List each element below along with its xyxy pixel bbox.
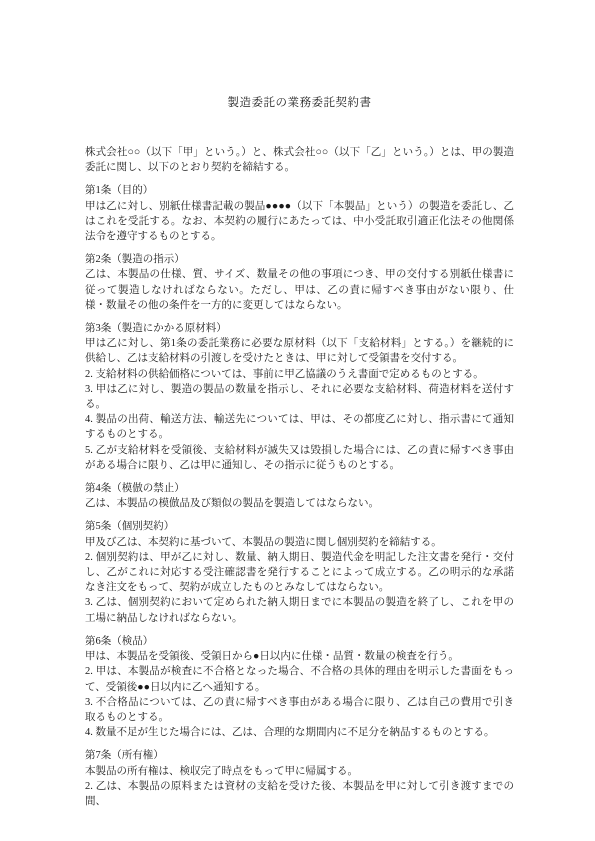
article-clause: 2. 個別契約は、甲が乙に対し、数量、納入期日、製造代金を明記した注文書を発行・… <box>85 550 514 596</box>
article-clause: 乙は、本製品の仕様、質、サイズ、数量その他の事項につき、甲の交付する別紙仕様書に… <box>85 267 514 313</box>
article-heading: 第2条（製造の指示） <box>85 252 514 267</box>
article-heading: 第1条（目的） <box>85 183 514 198</box>
article-clause: 甲は、本製品を受領後、受領日から●日以内に仕様・品質・数量の検査を行う。 <box>85 649 514 664</box>
article: 第6条（検品）甲は、本製品を受領後、受領日から●日以内に仕様・品質・数量の検査を… <box>85 634 514 740</box>
article-clause: 4. 製品の出荷、輸送方法、輸送先については、甲は、その都度乙に対し、指示書にて… <box>85 412 514 442</box>
article-clause: 2. 乙は、本製品の原料または資材の支給を受けた後、本製品を甲に対して引き渡すま… <box>85 779 514 809</box>
article-clause: 3. 甲は乙に対し、製造の製品の数量を指示し、それに必要な支給材料、荷造材料を送… <box>85 382 514 412</box>
article-clause: 甲は乙に対し、第1条の委託業務に必要な原材料（以下「支給材料」とする。）を継続的… <box>85 336 514 366</box>
article: 第7条（所有権）本製品の所有権は、検収完了時点をもって甲に帰属する。2. 乙は、… <box>85 748 514 809</box>
article-heading: 第5条（個別契約） <box>85 519 514 534</box>
article: 第5条（個別契約）甲及び乙は、本契約に基づいて、本製品の製造に関し個別契約を締結… <box>85 519 514 625</box>
document-title: 製造委託の業務委託契約書 <box>85 96 514 111</box>
article: 第2条（製造の指示）乙は、本製品の仕様、質、サイズ、数量その他の事項につき、甲の… <box>85 252 514 313</box>
article-heading: 第6条（検品） <box>85 634 514 649</box>
article-clause: 本製品の所有権は、検収完了時点をもって甲に帰属する。 <box>85 764 514 779</box>
article-clause: 乙は、本製品の模倣品及び類似の製品を製造してはならない。 <box>85 496 514 511</box>
article: 第1条（目的）甲は乙に対し、別紙仕様書記載の製品●●●●（以下「本製品」という）… <box>85 183 514 244</box>
article-heading: 第4条（模倣の禁止） <box>85 481 514 496</box>
article-clause: 甲及び乙は、本契約に基づいて、本製品の製造に関し個別契約を締結する。 <box>85 535 514 550</box>
articles-container: 第1条（目的）甲は乙に対し、別紙仕様書記載の製品●●●●（以下「本製品」という）… <box>85 183 514 809</box>
article: 第3条（製造にかかる原材料）甲は乙に対し、第1条の委託業務に必要な原材料（以下「… <box>85 321 514 473</box>
article-clause: 2. 甲は、本製品が検査に不合格となった場合、不合格の具体的理由を明示した書面を… <box>85 664 514 694</box>
article: 第4条（模倣の禁止）乙は、本製品の模倣品及び類似の製品を製造してはならない。 <box>85 481 514 511</box>
article-heading: 第3条（製造にかかる原材料） <box>85 321 514 336</box>
article-clause: 2. 支給材料の供給価格については、事前に甲乙協議のうえ書面で定めるものとする。 <box>85 367 514 382</box>
article-clause: 3. 不合格品については、乙の責に帰すべき事由がある場合に限り、乙は自己の費用で… <box>85 695 514 725</box>
article-clause: 5. 乙が支給材料を受領後、支給材料が滅失又は毀損した場合には、乙の責に帰すべき… <box>85 443 514 473</box>
article-clause: 4. 数量不足が生じた場合には、乙は、合理的な期間内に不足分を納品するものとする… <box>85 725 514 740</box>
article-heading: 第7条（所有権） <box>85 748 514 763</box>
document-content: 製造委託の業務委託契約書 株式会社○○（以下「甲」という。）と、株式会社○○（以… <box>85 96 514 809</box>
preamble-paragraph: 株式会社○○（以下「甲」という。）と、株式会社○○（以下「乙」という。）とは、甲… <box>85 145 514 175</box>
article-clause: 3. 乙は、個別契約において定められた納入期日までに本製品の製造を終了し、これを… <box>85 595 514 625</box>
contract-document-page: 製造委託の業務委託契約書 株式会社○○（以下「甲」という。）と、株式会社○○（以… <box>0 0 595 841</box>
article-clause: 甲は乙に対し、別紙仕様書記載の製品●●●●（以下「本製品」という）の製造を委託し… <box>85 199 514 245</box>
